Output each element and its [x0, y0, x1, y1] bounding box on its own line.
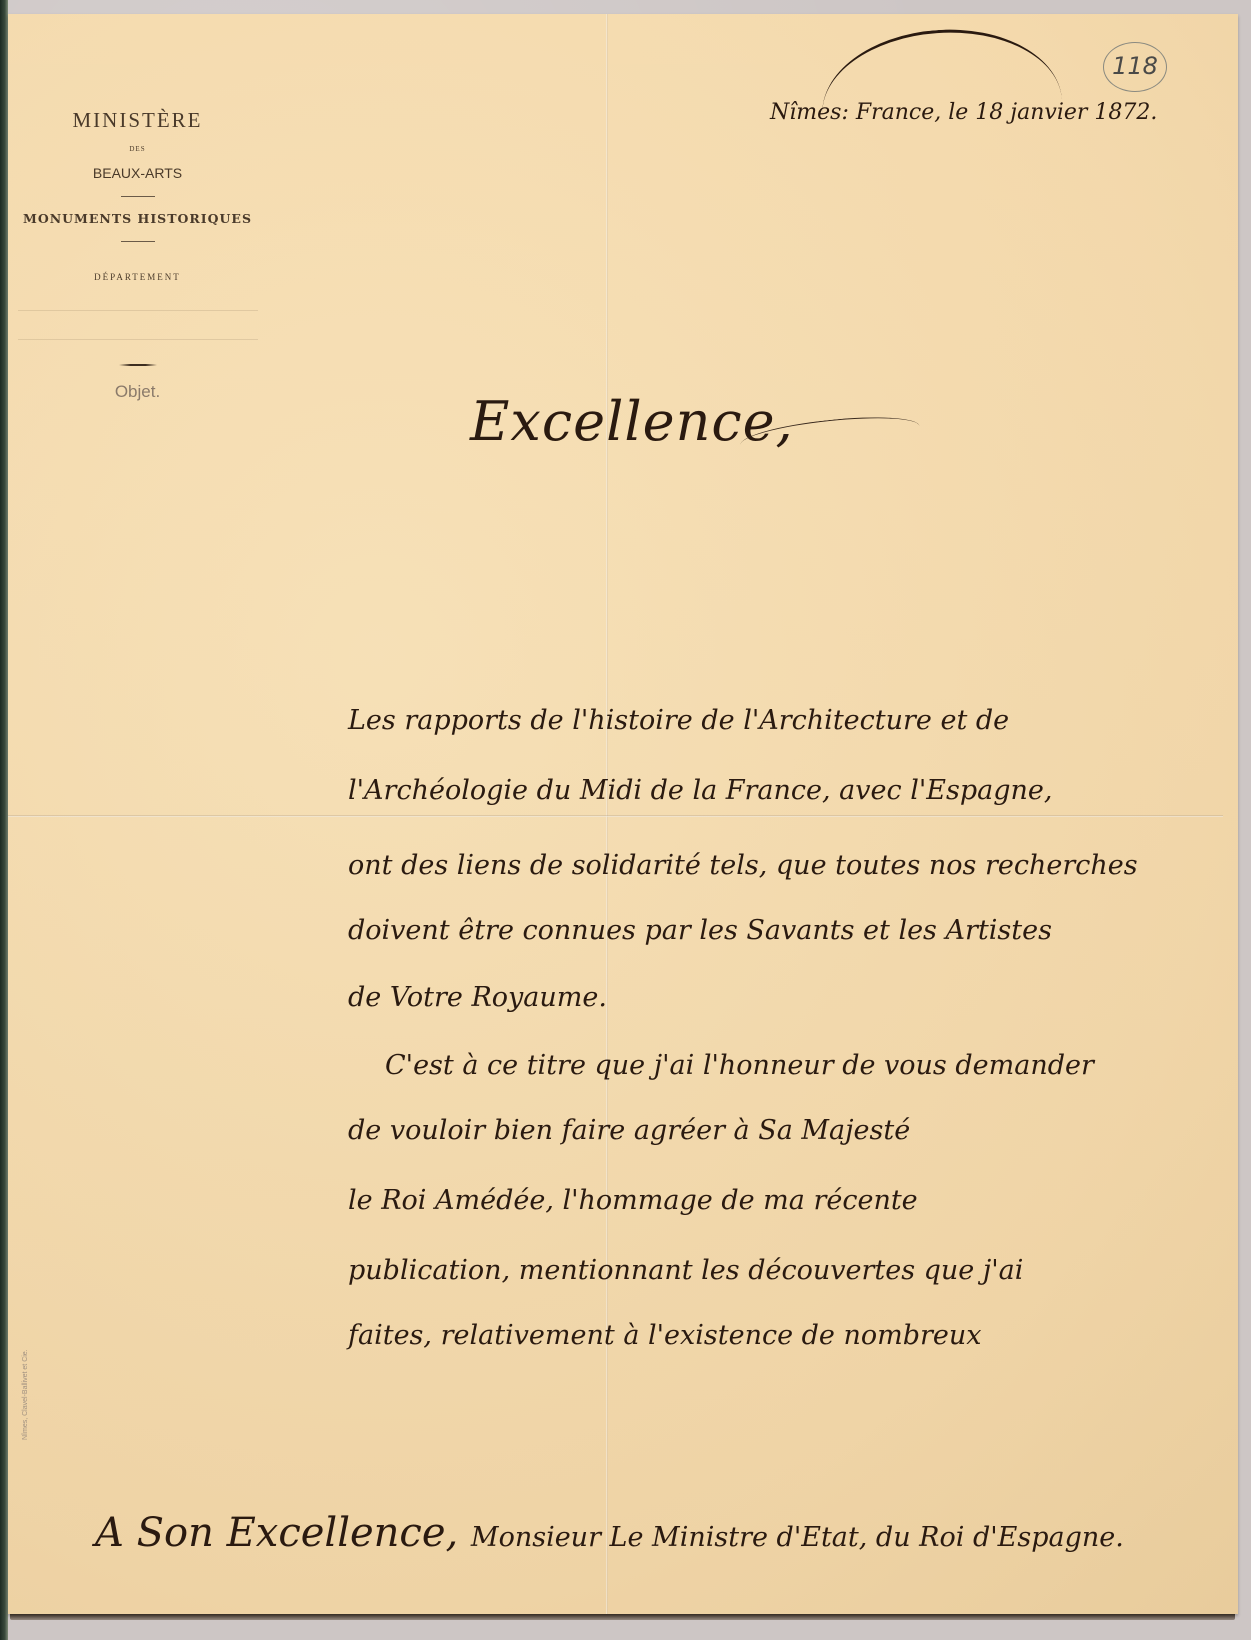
addressee-prefix: A Son Excellence, [95, 1510, 458, 1556]
letterhead-beaux-arts: BEAUX-ARTS [0, 165, 275, 181]
vertical-fold-line [606, 14, 608, 1614]
body-line: l'Archéologie du Midi de la France, avec… [348, 775, 1052, 806]
body-line: C'est à ce titre que j'ai l'honneur de v… [385, 1050, 1094, 1081]
addressee: A Son Excellence, Monsieur Le Ministre d… [95, 1510, 1124, 1556]
printer-imprint: Nîmes, Clavel-Ballivet et Cie. [22, 1349, 29, 1440]
letterhead-ornament [119, 364, 157, 366]
archive-folio-number: 118 [1103, 42, 1167, 92]
letterhead-object-label: Objet. [0, 382, 275, 402]
letterhead-department: DÉPARTEMENT [0, 272, 275, 282]
body-line: doivent être connues par les Savants et … [348, 915, 1052, 946]
letterhead-section: MONUMENTS HISTORIQUES [0, 211, 275, 226]
letterhead-ministry: MINISTÈRE [0, 108, 275, 133]
body-line: le Roi Amédée, l'hommage de ma récente [348, 1185, 918, 1216]
letterhead-blank-line [18, 310, 258, 311]
place-and-date: Nîmes: France, le 18 janvier 1872. [770, 100, 1157, 125]
addressee-title: Monsieur Le Ministre d'Etat, du Roi d'Es… [471, 1522, 1124, 1553]
body-line: Les rapports de l'histoire de l'Architec… [348, 705, 1009, 736]
body-line: de Votre Royaume. [348, 982, 607, 1013]
horizontal-fold-line [8, 815, 1223, 817]
letterhead-rule [121, 241, 155, 242]
letterhead-rule [121, 196, 155, 197]
letterhead-des: DES [0, 145, 275, 153]
body-line: ont des liens de solidarité tels, que to… [348, 850, 1138, 881]
letterhead: MINISTÈRE DES BEAUX-ARTS MONUMENTS HISTO… [0, 100, 275, 402]
body-line: faites, relativement à l'existence de no… [348, 1320, 982, 1351]
body-line: de vouloir bien faire agréer à Sa Majest… [348, 1115, 910, 1146]
body-line: publication, mentionnant les découvertes… [348, 1255, 1023, 1286]
letterhead-blank-line [18, 339, 258, 340]
